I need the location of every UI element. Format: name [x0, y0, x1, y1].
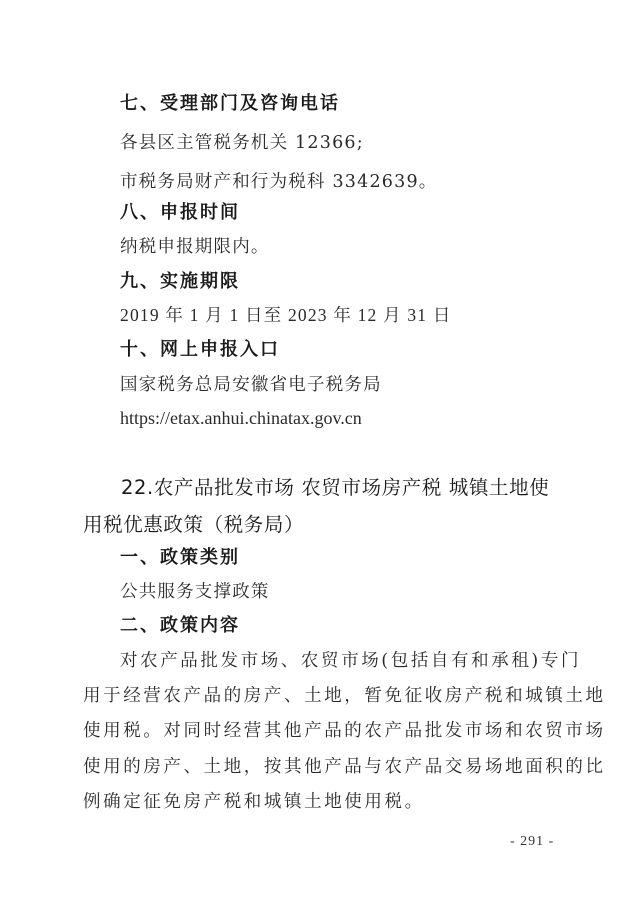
page-number: - 291 -	[510, 831, 554, 853]
section-heading-contact: 七、受理部门及咨询电话	[120, 93, 340, 115]
policy-title-line1: 22.农产品批发市场 农贸市场房产税 城镇土地使	[121, 477, 549, 499]
content-line: 使用税。对同时经营其他产品的农产品批发市场和农贸市场	[83, 720, 606, 742]
content-line: 例确定征免房产税和城镇土地使用税。	[83, 791, 425, 813]
online-entry-name: 国家税务总局安徽省电子税务局	[120, 374, 382, 396]
contact-line-city: 市税务局财产和行为税科 3342639。	[120, 171, 438, 193]
online-entry-url[interactable]: https://etax.anhui.chinatax.gov.cn	[120, 407, 362, 429]
section-heading-content: 二、政策内容	[120, 615, 240, 637]
content-line: 对农产品批发市场、农贸市场(包括自有和承租)专门	[120, 650, 581, 672]
section-heading-filing-time: 八、申报时间	[120, 202, 240, 224]
content-line: 用于经营农产品的房产、土地，暂免征收房产税和城镇土地	[83, 685, 606, 707]
section-heading-category: 一、政策类别	[120, 547, 240, 569]
section-heading-online-entry: 十、网上申报入口	[120, 339, 280, 361]
period-text: 2019 年 1 月 1 日至 2023 年 12 月 31 日	[120, 304, 452, 326]
contact-line-county: 各县区主管税务机关 12366;	[120, 132, 364, 154]
policy-title-line2: 用税优惠政策（税务局）	[83, 514, 304, 536]
content-line: 使用的房产、土地，按其他产品与农产品交易场地面积的比	[83, 756, 606, 778]
filing-time-text: 纳税申报期限内。	[120, 236, 270, 258]
section-heading-period: 九、实施期限	[120, 271, 240, 293]
category-value: 公共服务支撑政策	[120, 581, 270, 603]
